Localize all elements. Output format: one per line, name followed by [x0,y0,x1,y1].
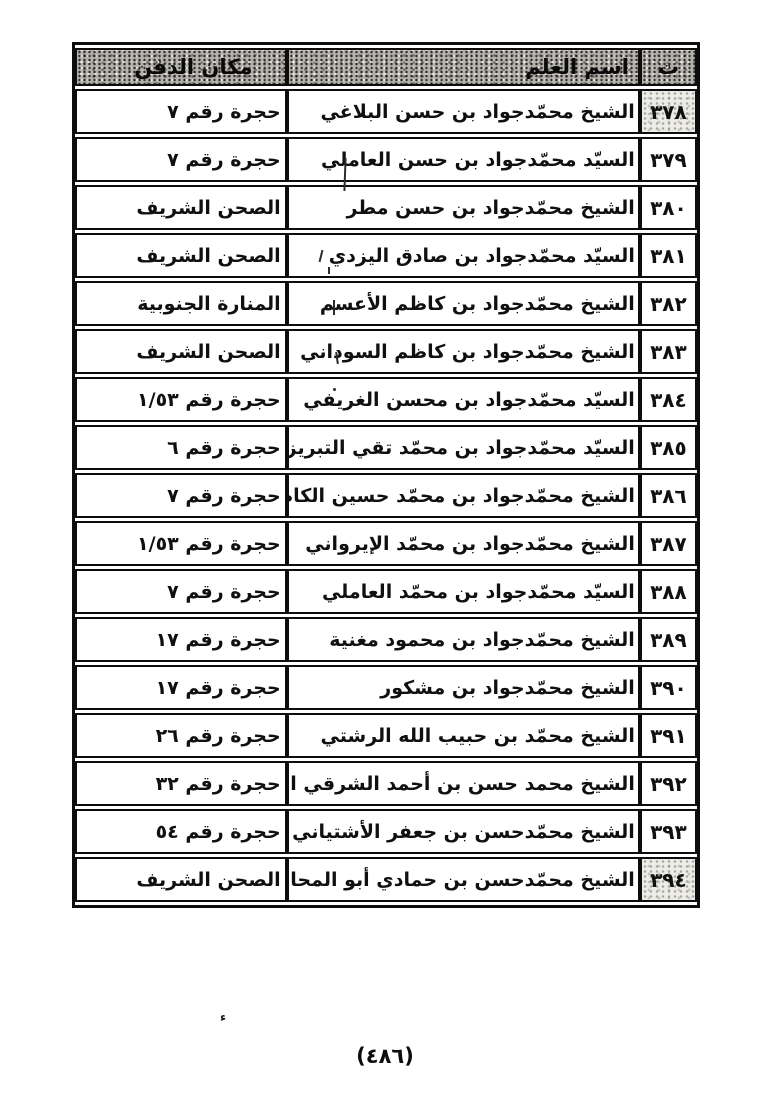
page-number: (٤٨٦) [0,1044,770,1068]
row-scholar-name: الشيخ محمّدحسن بن حمادي أبو المحاسن [287,857,640,902]
row-burial-place: الصحن الشريف [75,329,287,374]
scan-artifact [333,300,335,315]
table-row: ٣٨٦ الشيخ محمّدجواد بن محمّد حسين الكاظم… [75,473,697,518]
row-burial-place: حجرة رقم ٦ [75,425,287,470]
row-burial-place: حجرة رقم ١/٥٣ [75,377,287,422]
row-scholar-name: السيّد محمّدجواد بن حسن العاملي [287,137,640,182]
row-burial-place: حجرة رقم ١٧ [75,617,287,662]
header-serial: ت [640,48,697,86]
row-burial-place: حجرة رقم ٥٤ [75,809,287,854]
stray-ink-mark: ء [220,1010,226,1024]
row-scholar-name: الشيخ محمّدجواد بن حسن مطر [287,185,640,230]
row-serial-number: ٣٨٥ [640,425,697,470]
row-serial-number: ٣٩١ [640,713,697,758]
row-serial-number: ٣٩٠ [640,665,697,710]
row-burial-place: حجرة رقم ١/٥٣ [75,521,287,566]
row-scholar-name: الشيخ محمّدجواد بن كاظم السوداني [287,329,640,374]
table-row: ٣٩٤ الشيخ محمّدحسن بن حمادي أبو المحاسن … [75,857,697,902]
row-serial-number: ٣٩٤ [640,857,697,902]
row-scholar-name: السيّد محمّدجواد بن صادق اليزدي [287,233,640,278]
table-row: ٣٩٣ الشيخ محمّدحسن بن جعفر الأشتياني حجر… [75,809,697,854]
table-row: ٣٩٢ الشيخ محمد حسن بن أحمد الشرقي الخاقا… [75,761,697,806]
row-serial-number: ٣٧٨ [640,89,697,134]
row-scholar-name: الشيخ محمد حسن بن أحمد الشرقي الخاقاني [287,761,640,806]
row-scholar-name: الشيخ محمّدجواد بن حسن البلاغي [287,89,640,134]
row-serial-number: ٣٨١ [640,233,697,278]
header-scholar-name: اسم العلم [287,48,640,86]
table-row: ٣٨١ السيّد محمّدجواد بن صادق اليزدي الصح… [75,233,697,278]
row-burial-place: الصحن الشريف [75,185,287,230]
table-row: ٣٨٨ السيّد محمّدجواد بن محمّد العاملي حج… [75,569,697,614]
row-scholar-name: الشيخ محمّدجواد بن محمّد حسين الكاظمي [287,473,640,518]
row-serial-number: ٣٨٠ [640,185,697,230]
row-serial-number: ٣٨٤ [640,377,697,422]
table-header-row: ت اسم العلم مكان الدفن [75,48,697,86]
row-burial-place: الصحن الشريف [75,857,287,902]
row-serial-number: ٣٧٩ [640,137,697,182]
row-serial-number: ٣٩٣ [640,809,697,854]
row-burial-place: الصحن الشريف [75,233,287,278]
scholars-burial-table: ت اسم العلم مكان الدفن ٣٧٨ الشيخ محمّدجو… [72,42,700,908]
row-serial-number: ٣٨٧ [640,521,697,566]
row-scholar-name: السيّد محمّدجواد بن محسن الغريفي [287,377,640,422]
table-row: ٣٨٠ الشيخ محمّدجواد بن حسن مطر الصحن الش… [75,185,697,230]
row-burial-place: المنارة الجنوبية [75,281,287,326]
table-body: ٣٧٨ الشيخ محمّدجواد بن حسن البلاغي حجرة … [75,89,697,902]
table-row: ٣٧٨ الشيخ محمّدجواد بن حسن البلاغي حجرة … [75,89,697,134]
row-scholar-name: الشيخ محمّدحسن بن جعفر الأشتياني [287,809,640,854]
row-burial-place: حجرة رقم ١٧ [75,665,287,710]
scanned-book-page: ت اسم العلم مكان الدفن ٣٧٨ الشيخ محمّدجو… [0,0,770,1105]
table-row: ٣٨٩ الشيخ محمّدجواد بن محمود مغنية حجرة … [75,617,697,662]
row-scholar-name: السيّد محمّدجواد بن محمّد تقي التبريزي [287,425,640,470]
table-row: ٣٨٣ الشيخ محمّدجواد بن كاظم السوداني الص… [75,329,697,374]
row-scholar-name: الشيخ محمّدجواد بن محمود مغنية [287,617,640,662]
table-row: ٣٨٥ السيّد محمّدجواد بن محمّد تقي التبري… [75,425,697,470]
row-burial-place: حجرة رقم ٢٦ [75,713,287,758]
row-serial-number: ٣٨٩ [640,617,697,662]
row-scholar-name: الشيخ محمّدجواد بن محمّد الإيرواني [287,521,640,566]
row-scholar-name: الشيخ محمّدجواد بن مشكور [287,665,640,710]
row-scholar-name: الشيخ محمّد بن حبيب الله الرشتي [287,713,640,758]
table-row: ٣٩٠ الشيخ محمّدجواد بن مشكور حجرة رقم ١٧ [75,665,697,710]
scan-artifact [333,388,336,391]
row-burial-place: حجرة رقم ٣٢ [75,761,287,806]
row-scholar-name: السيّد محمّدجواد بن محمّد العاملي [287,569,640,614]
row-scholar-name: الشيخ محمّدجواد بن كاظم الأعسم [287,281,640,326]
header-burial-place: مكان الدفن [75,48,287,86]
table-row: ٣٨٢ الشيخ محمّدجواد بن كاظم الأعسم المنا… [75,281,697,326]
row-burial-place: حجرة رقم ٧ [75,137,287,182]
row-serial-number: ٣٨٦ [640,473,697,518]
table-row: ٣٨٤ السيّد محمّدجواد بن محسن الغريفي حجر… [75,377,697,422]
scan-artifact [328,267,330,274]
table-row: ٣٨٧ الشيخ محمّدجواد بن محمّد الإيرواني ح… [75,521,697,566]
row-serial-number: ٣٨٣ [640,329,697,374]
row-burial-place: حجرة رقم ٧ [75,89,287,134]
row-burial-place: حجرة رقم ٧ [75,473,287,518]
row-serial-number: ٣٨٨ [640,569,697,614]
table-row: ٣٩١ الشيخ محمّد بن حبيب الله الرشتي حجرة… [75,713,697,758]
table-row: ٣٧٩ السيّد محمّدجواد بن حسن العاملي حجرة… [75,137,697,182]
row-burial-place: حجرة رقم ٧ [75,569,287,614]
row-serial-number: ٣٨٢ [640,281,697,326]
row-serial-number: ٣٩٢ [640,761,697,806]
